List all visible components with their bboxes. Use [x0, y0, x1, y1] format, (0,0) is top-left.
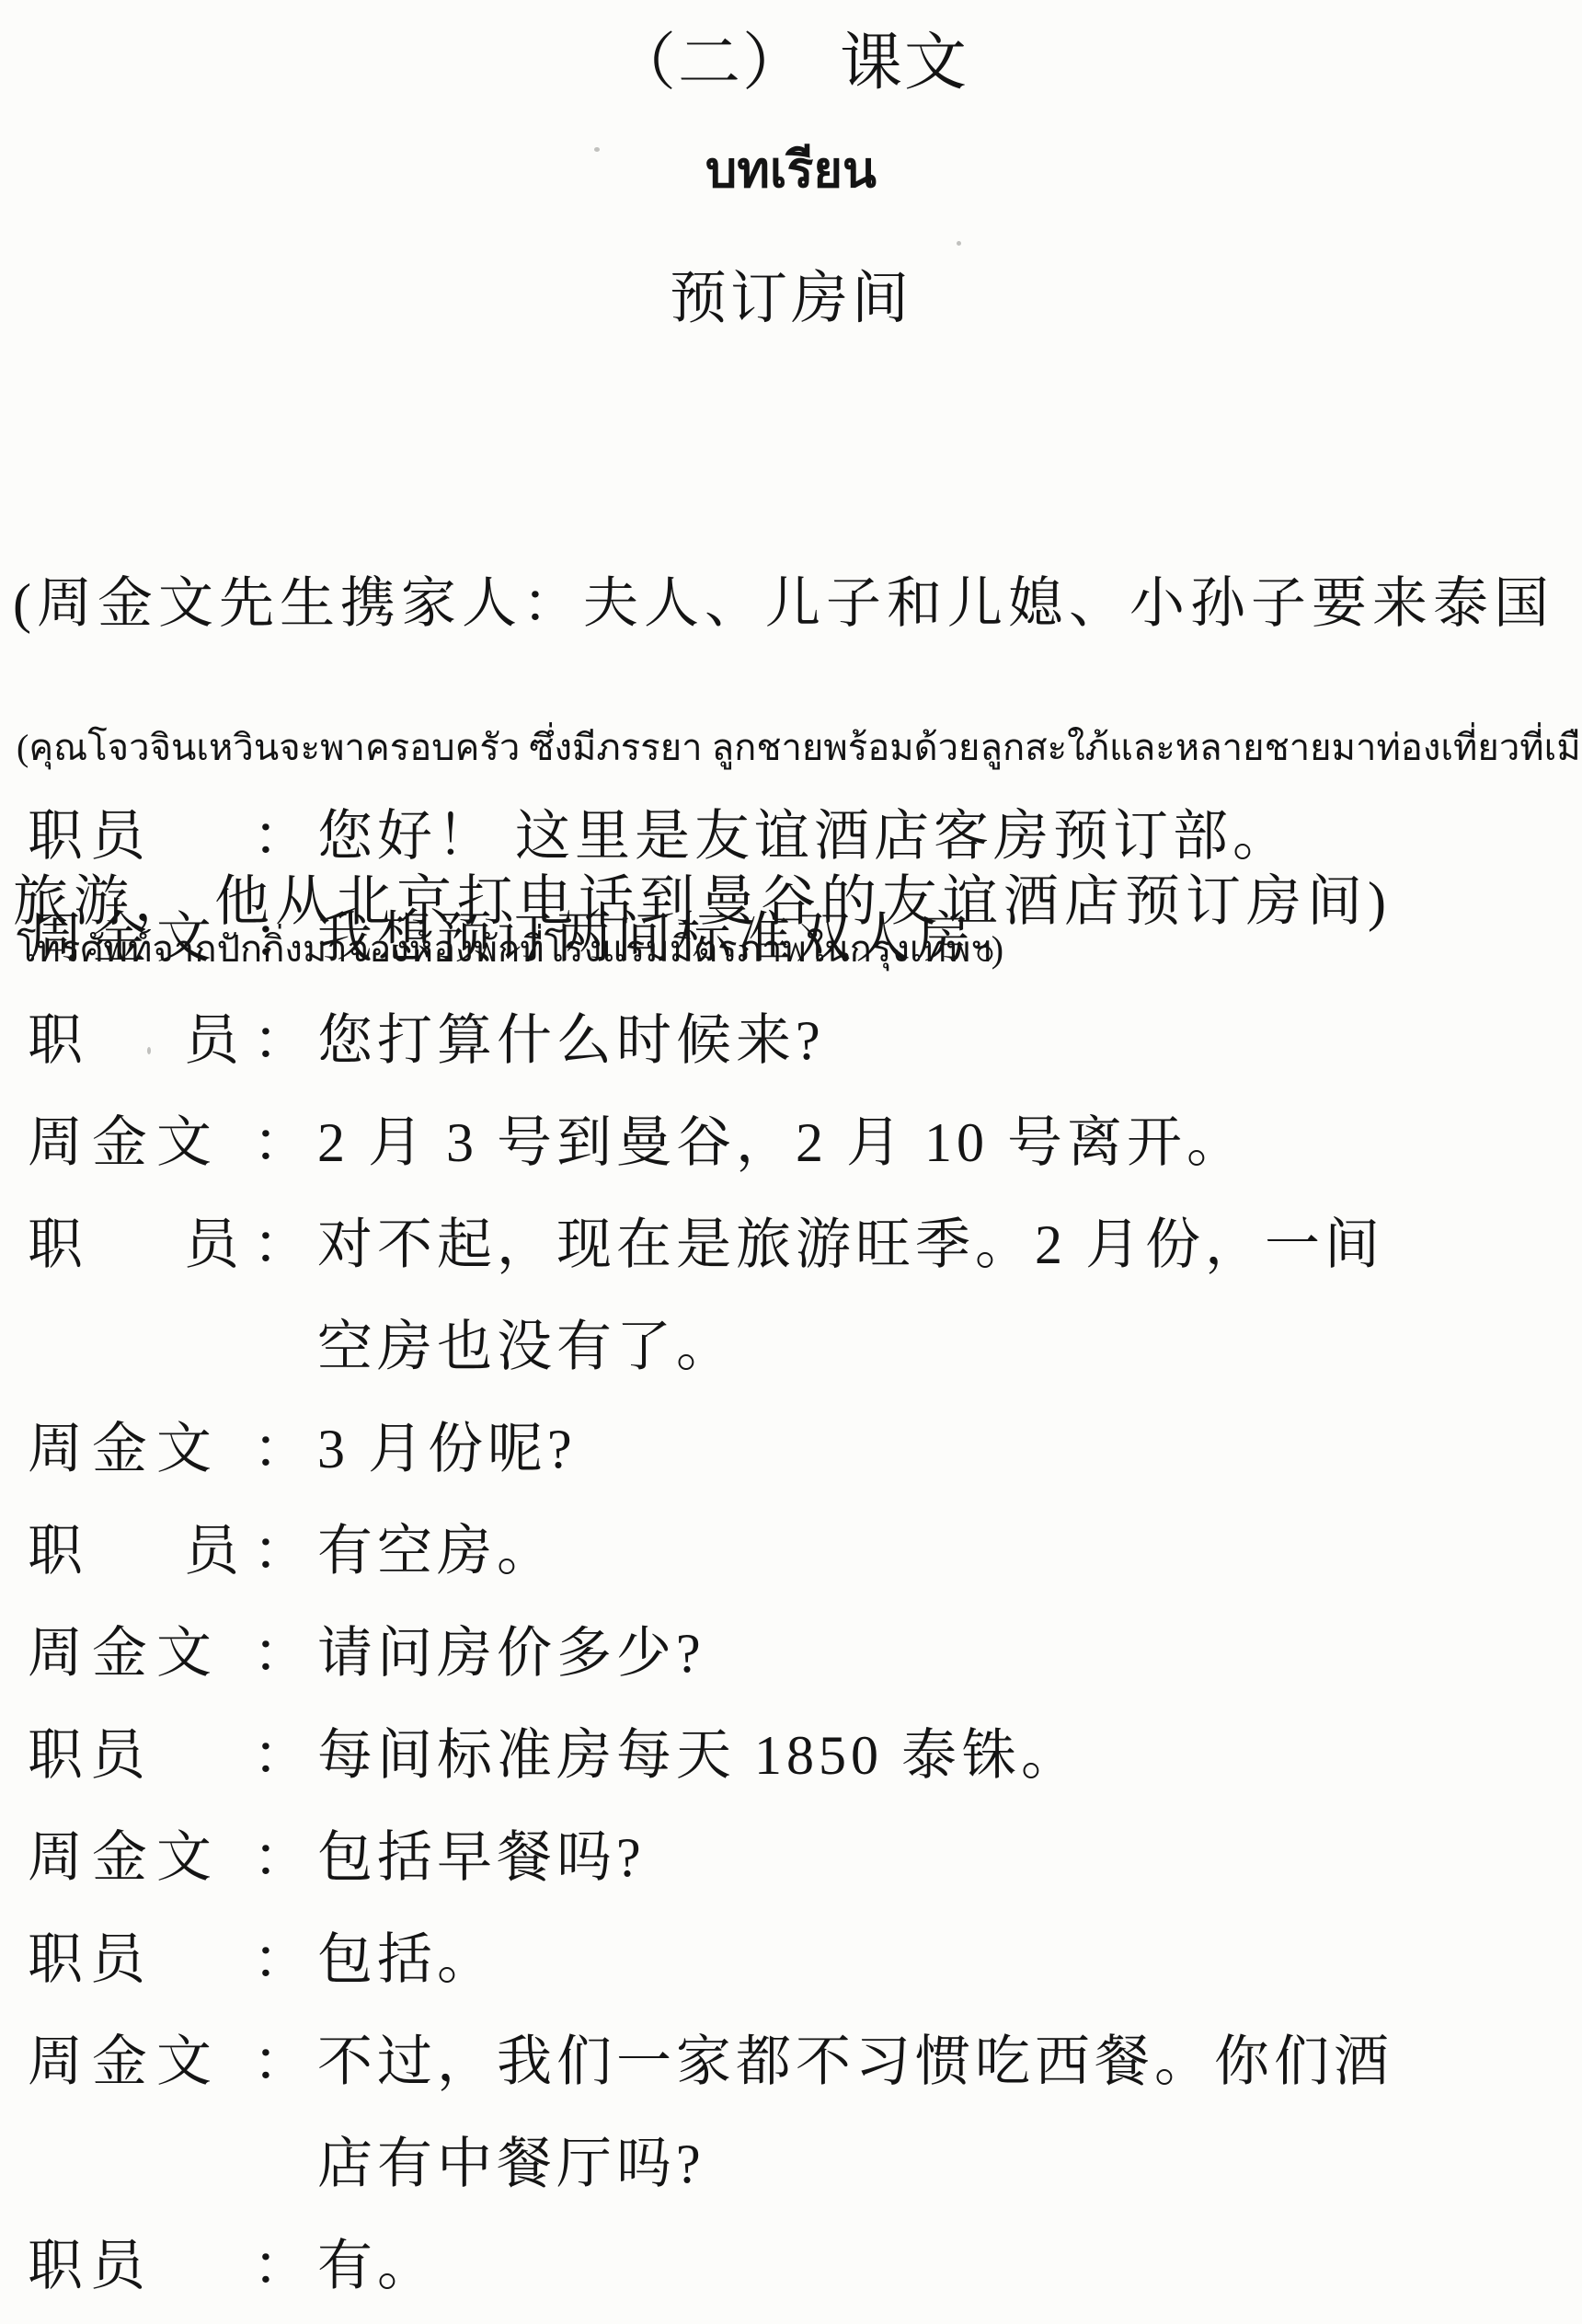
utterance-text: 包括早餐吗? [317, 1822, 646, 1893]
utterance-text: 对不起，现在是旅游旺季。2 月份，一间 [317, 1209, 1384, 1281]
speaker-colon: ： [253, 800, 317, 872]
dialogue-continuation-row: 店有中餐厅吗? [317, 2128, 705, 2200]
speaker-colon: ： [253, 1617, 317, 1689]
speaker-label: 职员 [28, 1924, 253, 1996]
speaker-label: 职 员 [28, 1209, 253, 1281]
speaker-label: 职 员 [28, 1515, 253, 1587]
dialogue-continuation-row: 空房也没有了。 [317, 1311, 736, 1383]
speaker-label: 职 员 [28, 1005, 253, 1076]
utterance-text: 3 月份呢? [317, 1413, 577, 1485]
dialogue-row: 周金文：3 月份呢? [28, 1413, 577, 1485]
speaker-colon: ： [253, 1720, 317, 1791]
utterance-text: 您打算什么时候来? [317, 1005, 825, 1076]
scan-speck [957, 241, 961, 246]
speaker-label: 周金文 [28, 1413, 253, 1485]
speaker-colon: ： [253, 1209, 317, 1281]
dialogue-row: 周金文：2 月 3 号到曼谷，2 月 10 号离开。 [28, 1107, 1246, 1179]
speaker-colon: ： [253, 1822, 317, 1893]
dialogue-row: 职员：有。 [28, 2230, 437, 2302]
scan-speck [594, 147, 600, 152]
utterance-text: 您好！ 这里是友谊酒店客房预订部。 [317, 800, 1292, 872]
speaker-colon: ： [253, 903, 317, 974]
speaker-colon: ： [253, 1515, 317, 1587]
dialogue-row: 职员：包括。 [28, 1924, 497, 1996]
speaker-label: 职员 [28, 1720, 253, 1791]
dialogue-row: 周金文：我想预订两间标准双人房。 [28, 903, 1035, 974]
utterance-text: 请问房价多少? [317, 1617, 705, 1689]
scan-speck [147, 1047, 151, 1054]
dialogue-row: 职 员：有空房。 [28, 1515, 556, 1587]
speaker-colon: ： [253, 1413, 317, 1485]
speaker-label: 周金文 [28, 903, 253, 974]
dialogue-row: 周金文：包括早餐吗? [28, 1822, 646, 1893]
speaker-colon: ： [253, 1107, 317, 1179]
dialogue-row: 职 员：对不起，现在是旅游旺季。2 月份，一间 [28, 1209, 1384, 1281]
speaker-colon: ： [253, 1005, 317, 1076]
utterance-text: 每间标准房每天 1850 泰铢。 [317, 1720, 1081, 1791]
speaker-label: 周金文 [28, 1617, 253, 1689]
utterance-text: 包括。 [317, 1924, 497, 1996]
utterance-text: 有空房。 [317, 1515, 556, 1587]
speaker-label: 周金文 [28, 2026, 253, 2098]
dialogue-row: 周金文：不过，我们一家都不习惯吃西餐。你们酒 [28, 2026, 1393, 2098]
dialogue-row: 职员：您好！ 这里是友谊酒店客房预订部。 [28, 800, 1292, 872]
dialogue-row: 周金文：请问房价多少? [28, 1617, 705, 1689]
dialogue-section: 职员：您好！ 这里是友谊酒店客房预订部。 周金文：我想预订两间标准双人房。 职 … [0, 0, 1582, 2324]
scanned-textbook-page: （二） 课文 บทเรียน 预订房间 (周金文先生携家人：夫人、儿子和儿媳、小… [0, 0, 1582, 2324]
utterance-text: 空房也没有了。 [317, 1311, 736, 1383]
dialogue-row: 职 员：您打算什么时候来? [28, 1005, 825, 1076]
speaker-colon: ： [253, 1924, 317, 1996]
utterance-text: 不过，我们一家都不习惯吃西餐。你们酒 [317, 2026, 1393, 2098]
dialogue-row: 职员：每间标准房每天 1850 泰铢。 [28, 1720, 1081, 1791]
utterance-text: 店有中餐厅吗? [317, 2128, 705, 2200]
utterance-text: 2 月 3 号到曼谷，2 月 10 号离开。 [317, 1107, 1246, 1179]
speaker-label: 职员 [28, 800, 253, 872]
speaker-label: 周金文 [28, 1822, 253, 1893]
speaker-label: 职员 [28, 2230, 253, 2302]
utterance-text: 有。 [317, 2230, 437, 2302]
speaker-label: 周金文 [28, 1107, 253, 1179]
speaker-colon: ： [253, 2026, 317, 2098]
speaker-colon: ： [253, 2230, 317, 2302]
utterance-text: 我想预订两间标准双人房。 [317, 903, 1035, 974]
